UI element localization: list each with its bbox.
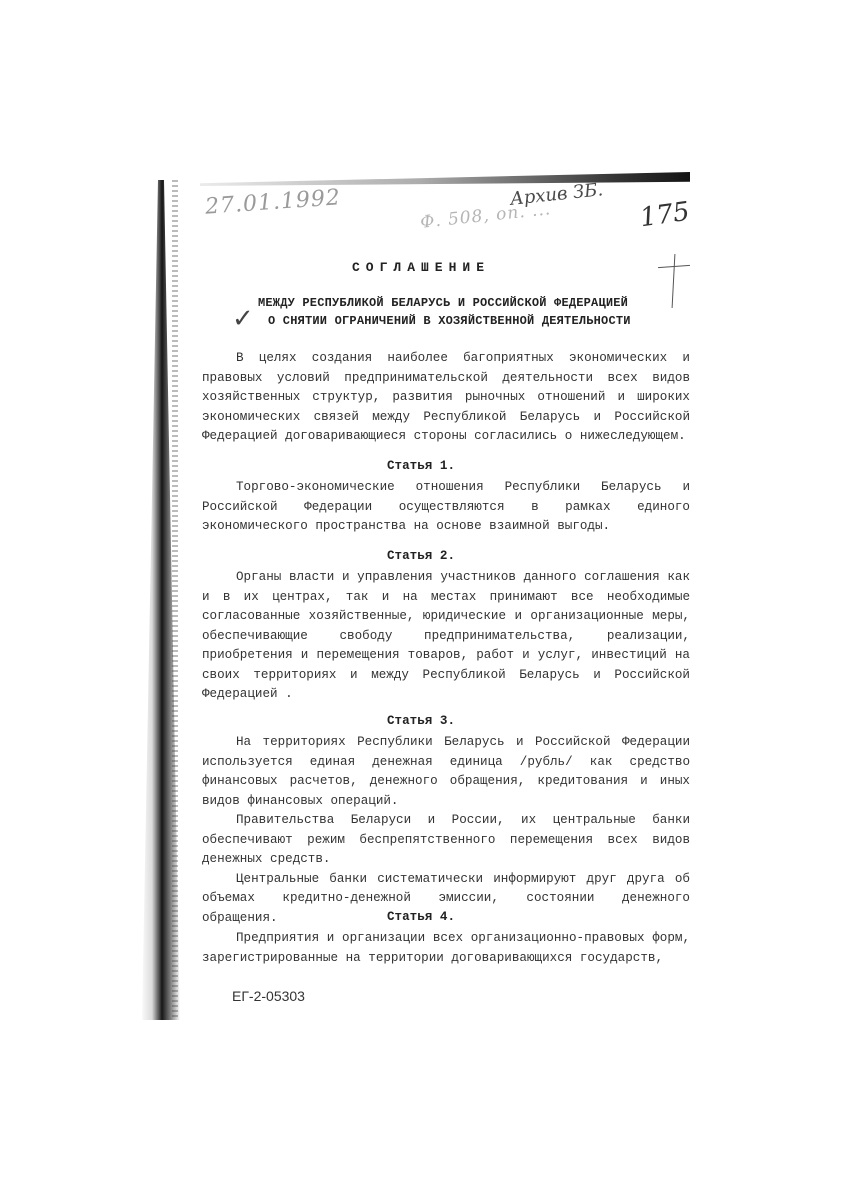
document-subtitle-line2: О СНЯТИИ ОГРАНИЧЕНИЙ В ХОЗЯЙСТВЕННОЙ ДЕЯ…: [268, 314, 631, 328]
article-paragraph: На территориях Республики Беларусь и Рос…: [202, 733, 690, 811]
check-mark-icon: ✓: [232, 304, 254, 334]
article-paragraph: Торгово-экономические отношения Республи…: [202, 478, 690, 537]
article-paragraph: Правительства Беларуси и России, их цент…: [202, 811, 690, 870]
document-code: ЕГ-2-05303: [232, 988, 305, 1004]
article-3-heading: Статья 3.: [0, 714, 842, 728]
article-4-heading: Статья 4.: [0, 910, 842, 924]
article-4-body: Предприятия и организации всех организац…: [202, 929, 690, 968]
article-1-body: Торгово-экономические отношения Республи…: [202, 478, 690, 537]
document-title: СОГЛАШЕНИЕ: [0, 260, 842, 275]
article-3-body: На территориях Республики Беларусь и Рос…: [202, 733, 690, 928]
handwritten-reference-note: Ф. 508, оп. ...: [419, 199, 552, 233]
article-2-body: Органы власти и управления участников да…: [202, 568, 690, 705]
article-paragraph: Предприятия и организации всех организац…: [202, 929, 690, 968]
preamble-text: В целях создания наиболее багоприятных э…: [202, 349, 690, 447]
article-2-heading: Статья 2.: [0, 549, 842, 563]
scan-edge-left: [172, 180, 178, 1020]
article-1-heading: Статья 1.: [0, 459, 842, 473]
scan-shadow-top: [200, 172, 690, 186]
handwritten-date: 27.01.1992: [204, 185, 341, 219]
handwritten-page-number: 175: [638, 197, 691, 234]
preamble: В целях создания наиболее багоприятных э…: [202, 349, 690, 447]
document-subtitle-line1: МЕЖДУ РЕСПУБЛИКОЙ БЕЛАРУСЬ И РОССИЙСКОЙ …: [258, 296, 628, 310]
article-paragraph: Органы власти и управления участников да…: [202, 568, 690, 705]
